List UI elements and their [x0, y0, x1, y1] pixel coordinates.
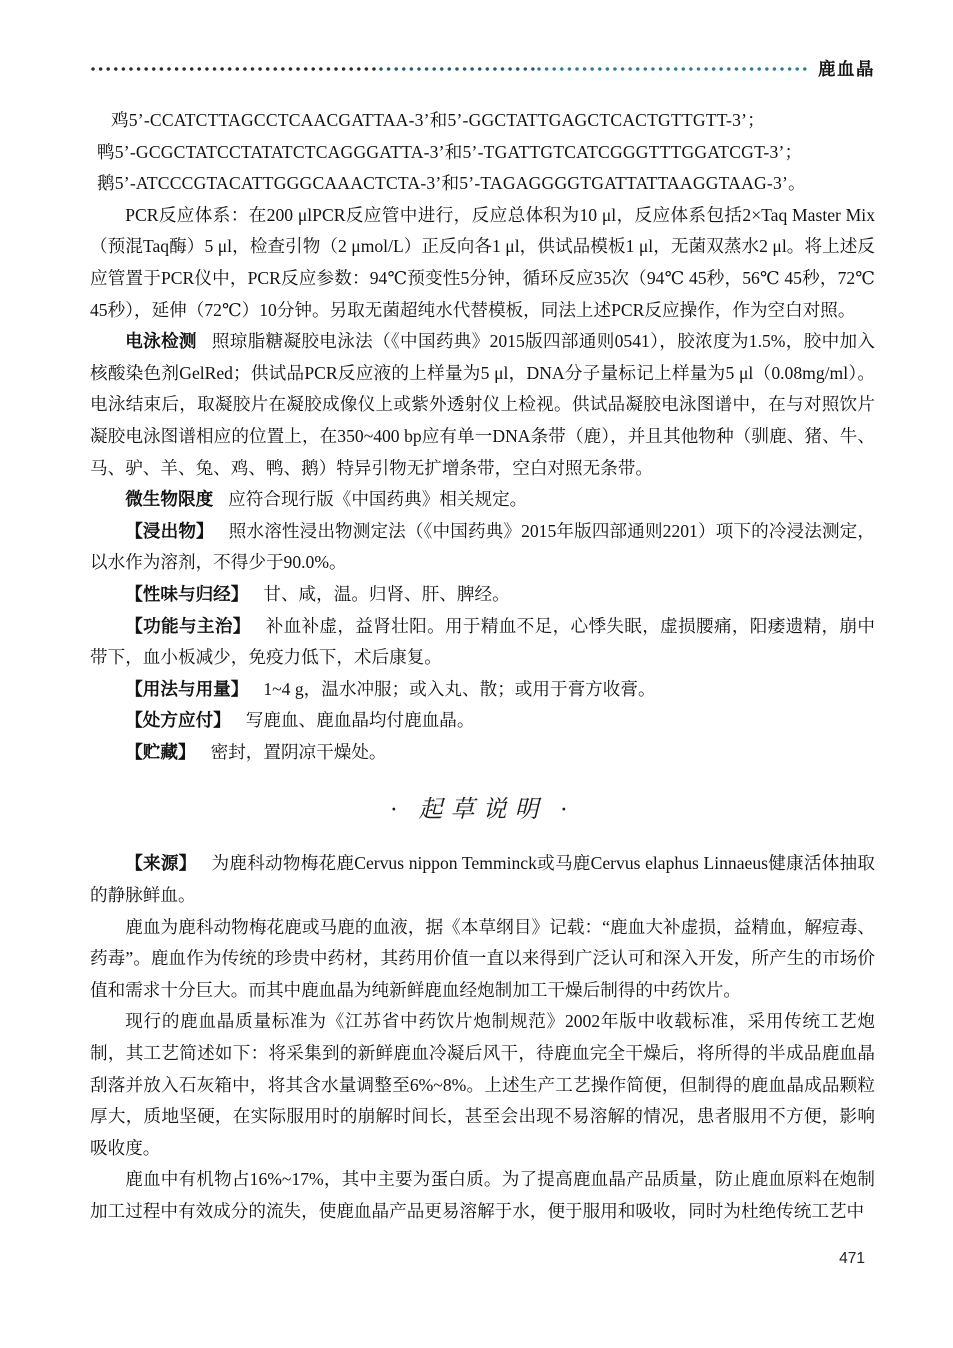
primer-line-duck: 鸭5’-GCGCTATCCTATATCTCAGGGATTA-3’和5’-TGAT…	[90, 137, 875, 169]
dosage-text: 1~4 g，温水冲服；或入丸、散；或用于膏方收膏。	[263, 679, 655, 699]
microbial-limit-label: 微生物限度	[125, 489, 213, 509]
electrophoresis-label: 电泳检测	[125, 331, 197, 351]
microbial-limit-text: 应符合现行版《中国药典》相关规定。	[228, 489, 527, 509]
dosage-paragraph: 【用法与用量】1~4 g，温水冲服；或入丸、散；或用于膏方收膏。	[90, 674, 875, 706]
header-dotted-rule	[90, 66, 809, 72]
pcr-system-paragraph: PCR反应体系：在200 μlPCR反应管中进行，反应总体积为10 μl，反应体…	[90, 200, 875, 326]
dotted-rule-segment-dark	[90, 66, 378, 72]
storage-paragraph: 【贮藏】密封，置阴凉干燥处。	[90, 737, 875, 769]
extract-label: 【浸出物】	[125, 521, 214, 541]
function-indication-label: 【功能与主治】	[125, 616, 251, 636]
page-number: 471	[839, 1250, 865, 1267]
prescription-paragraph: 【处方应付】写鹿血、鹿血晶均付鹿血晶。	[90, 705, 875, 737]
source-text: 为鹿科动物梅花鹿Cervus nippon Temminck或马鹿Cervus …	[90, 853, 875, 905]
header-title: 鹿血晶	[818, 56, 875, 81]
storage-text: 密封，置阴凉干燥处。	[211, 742, 387, 762]
taste-meridian-paragraph: 【性味与归经】甘、咸，温。归肾、肝、脾经。	[90, 579, 875, 611]
primer-line-goose: 鹅5’-ATCCCGTACATTGGGCAAACTCTA-3’和5’-TAGAG…	[90, 168, 875, 200]
storage-label: 【贮藏】	[125, 742, 195, 762]
dosage-label: 【用法与用量】	[125, 679, 248, 699]
prescription-label: 【处方应付】	[125, 710, 231, 730]
electrophoresis-paragraph: 电泳检测照琼脂糖凝胶电泳法（《中国药典》2015版四部通则0541），胶浓度为1…	[90, 326, 875, 484]
draft-notes-heading: · 起草说明 ·	[90, 794, 875, 827]
prescription-text: 写鹿血、鹿血晶均付鹿血晶。	[246, 710, 475, 730]
taste-meridian-label: 【性味与归经】	[125, 584, 248, 604]
page-footer: 471	[839, 1250, 865, 1268]
electrophoresis-text: 照琼脂糖凝胶电泳法（《中国药典》2015版四部通则0541），胶浓度为1.5%，…	[90, 331, 875, 477]
microbial-limit-paragraph: 微生物限度应符合现行版《中国药典》相关规定。	[90, 484, 875, 516]
page-header: 鹿血晶	[90, 57, 875, 79]
dotted-rule-segment-teal	[536, 66, 809, 72]
draft-paragraph-3: 鹿血中有机物占16%~17%，其中主要为蛋白质。为了提高鹿血晶产品质量，防止鹿血…	[90, 1164, 875, 1227]
document-page: 鹿血晶 鸡5’-CCATCTTAGCCTCAACGATTAA-3’和5’-GGC…	[0, 0, 953, 1348]
extract-paragraph: 【浸出物】照水溶性浸出物测定法（《中国药典》2015年版四部通则2201）项下的…	[90, 516, 875, 579]
function-indication-paragraph: 【功能与主治】补血补虚，益肾壮阳。用于精血不足，心悸失眠，虚损腰痛，阳痿遗精，崩…	[90, 611, 875, 674]
draft-paragraph-2: 现行的鹿血晶质量标准为《江苏省中药饮片炮制规范》2002年版中收载标准，采用传统…	[90, 1006, 875, 1164]
source-label: 【来源】	[125, 853, 196, 873]
draft-paragraph-1: 鹿血为鹿科动物梅花鹿或马鹿的血液，据《本草纲目》记载：“鹿血大补虚损，益精血，解…	[90, 912, 875, 1007]
primer-line-chicken: 鸡5’-CCATCTTAGCCTCAACGATTAA-3’和5’-GGCTATT…	[90, 105, 875, 137]
taste-meridian-text: 甘、咸，温。归肾、肝、脾经。	[263, 584, 509, 604]
source-paragraph: 【来源】为鹿科动物梅花鹿Cervus nippon Temminck或马鹿Cer…	[90, 848, 875, 911]
dotted-rule-segment-mid	[378, 66, 536, 72]
